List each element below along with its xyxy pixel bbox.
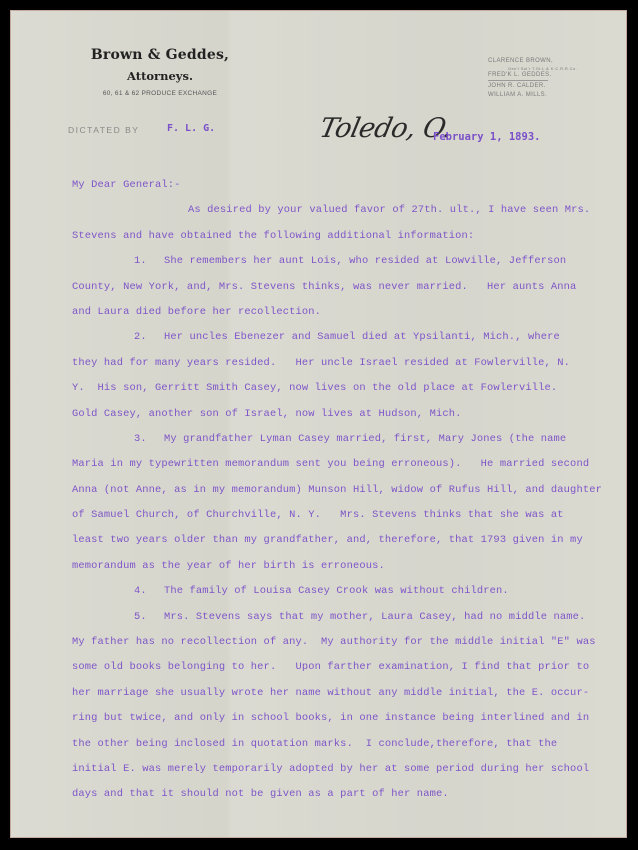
- partner-name: CLARENCE BROWN,: [488, 57, 577, 66]
- paragraph-number: 5.: [134, 605, 164, 630]
- paragraph-line: memorandum as the year of her birth is e…: [72, 554, 582, 579]
- partner-name: JOHN R. CALDER.: [488, 82, 577, 91]
- firm-name: Brown & Geddes,: [90, 47, 230, 63]
- letter-body: My Dear General:- As desired by your val…: [72, 173, 582, 808]
- paragraph-line: some old books belonging to her. Upon fa…: [72, 655, 582, 680]
- paragraph-line: her marriage she usually wrote her name …: [72, 681, 582, 706]
- numbered-paragraph-1: 1.She remembers her aunt Lois, who resid…: [72, 249, 582, 274]
- paragraph-line: days and that it should not be given as …: [72, 782, 582, 807]
- paragraph-line: of Samuel Church, of Churchville, N. Y. …: [72, 503, 582, 528]
- letter-date: February 1, 1893.: [433, 131, 540, 143]
- partner-name: FRED'K L. GEDDES.: [488, 71, 577, 80]
- paragraph-text: Mrs. Stevens says that my mother, Laura …: [164, 611, 585, 623]
- paragraph-line: Y. His son, Gerritt Smith Casey, now liv…: [72, 376, 582, 401]
- salutation: My Dear General:-: [72, 173, 582, 198]
- intro-text: As desired by your valued favor of 27th.…: [72, 204, 590, 216]
- paragraph-text: My grandfather Lyman Casey married, firs…: [164, 433, 566, 445]
- firm-address: 60, 61 & 62 PRODUCE EXCHANGE: [90, 90, 230, 97]
- numbered-paragraph-2: 2.Her uncles Ebenezer and Samuel died at…: [72, 325, 582, 350]
- paragraph-line: County, New York, and, Mrs. Stevens thin…: [72, 275, 582, 300]
- partners-divider: [488, 80, 548, 81]
- dictated-by-label: DICTATED BY: [68, 125, 139, 135]
- numbered-paragraph-3: 3.My grandfather Lyman Casey married, fi…: [72, 427, 582, 452]
- intro-line: Stevens and have obtained the following …: [72, 224, 582, 249]
- numbered-paragraph-5: 5.Mrs. Stevens says that my mother, Laur…: [72, 605, 582, 630]
- paragraph-line: the other being inclosed in quotation ma…: [72, 732, 582, 757]
- intro-line: As desired by your valued favor of 27th.…: [72, 198, 582, 223]
- paragraph-number: 4.: [134, 579, 164, 604]
- paragraph-line: and Laura died before her recollection.: [72, 300, 582, 325]
- paragraph-line: initial E. was merely temporarily adopte…: [72, 757, 582, 782]
- partners-list: CLARENCE BROWN, Gen'l Sol'r T.St.L.& K.C…: [488, 57, 577, 99]
- numbered-paragraph-4: 4.The family of Louisa Casey Crook was w…: [72, 579, 582, 604]
- paragraph-text: She remembers her aunt Lois, who resided…: [164, 255, 566, 267]
- paragraph-line: they had for many years resided. Her unc…: [72, 351, 582, 376]
- partner-name: WILLIAM A. MILLS.: [488, 91, 577, 100]
- paragraph-line: Maria in my typewritten memorandum sent …: [72, 452, 582, 477]
- firm-subtitle: Attorneys.: [90, 69, 230, 83]
- paragraph-number: 2.: [134, 325, 164, 350]
- paragraph-line: ring but twice, and only in school books…: [72, 706, 582, 731]
- paragraph-line: Gold Casey, another son of Israel, now l…: [72, 402, 582, 427]
- paragraph-text: The family of Louisa Casey Crook was wit…: [164, 585, 509, 597]
- paragraph-line: My father has no recollection of any. My…: [72, 630, 582, 655]
- paragraph-line: least two years older than my grandfathe…: [72, 528, 582, 553]
- paragraph-number: 3.: [134, 427, 164, 452]
- paragraph-text: Her uncles Ebenezer and Samuel died at Y…: [164, 331, 560, 343]
- dictated-by-initials: F. L. G.: [167, 123, 215, 134]
- paragraph-number: 1.: [134, 249, 164, 274]
- paragraph-line: Anna (not Anne, as in my memorandum) Mun…: [72, 478, 582, 503]
- letter-page: Brown & Geddes, Attorneys. 60, 61 & 62 P…: [10, 10, 627, 838]
